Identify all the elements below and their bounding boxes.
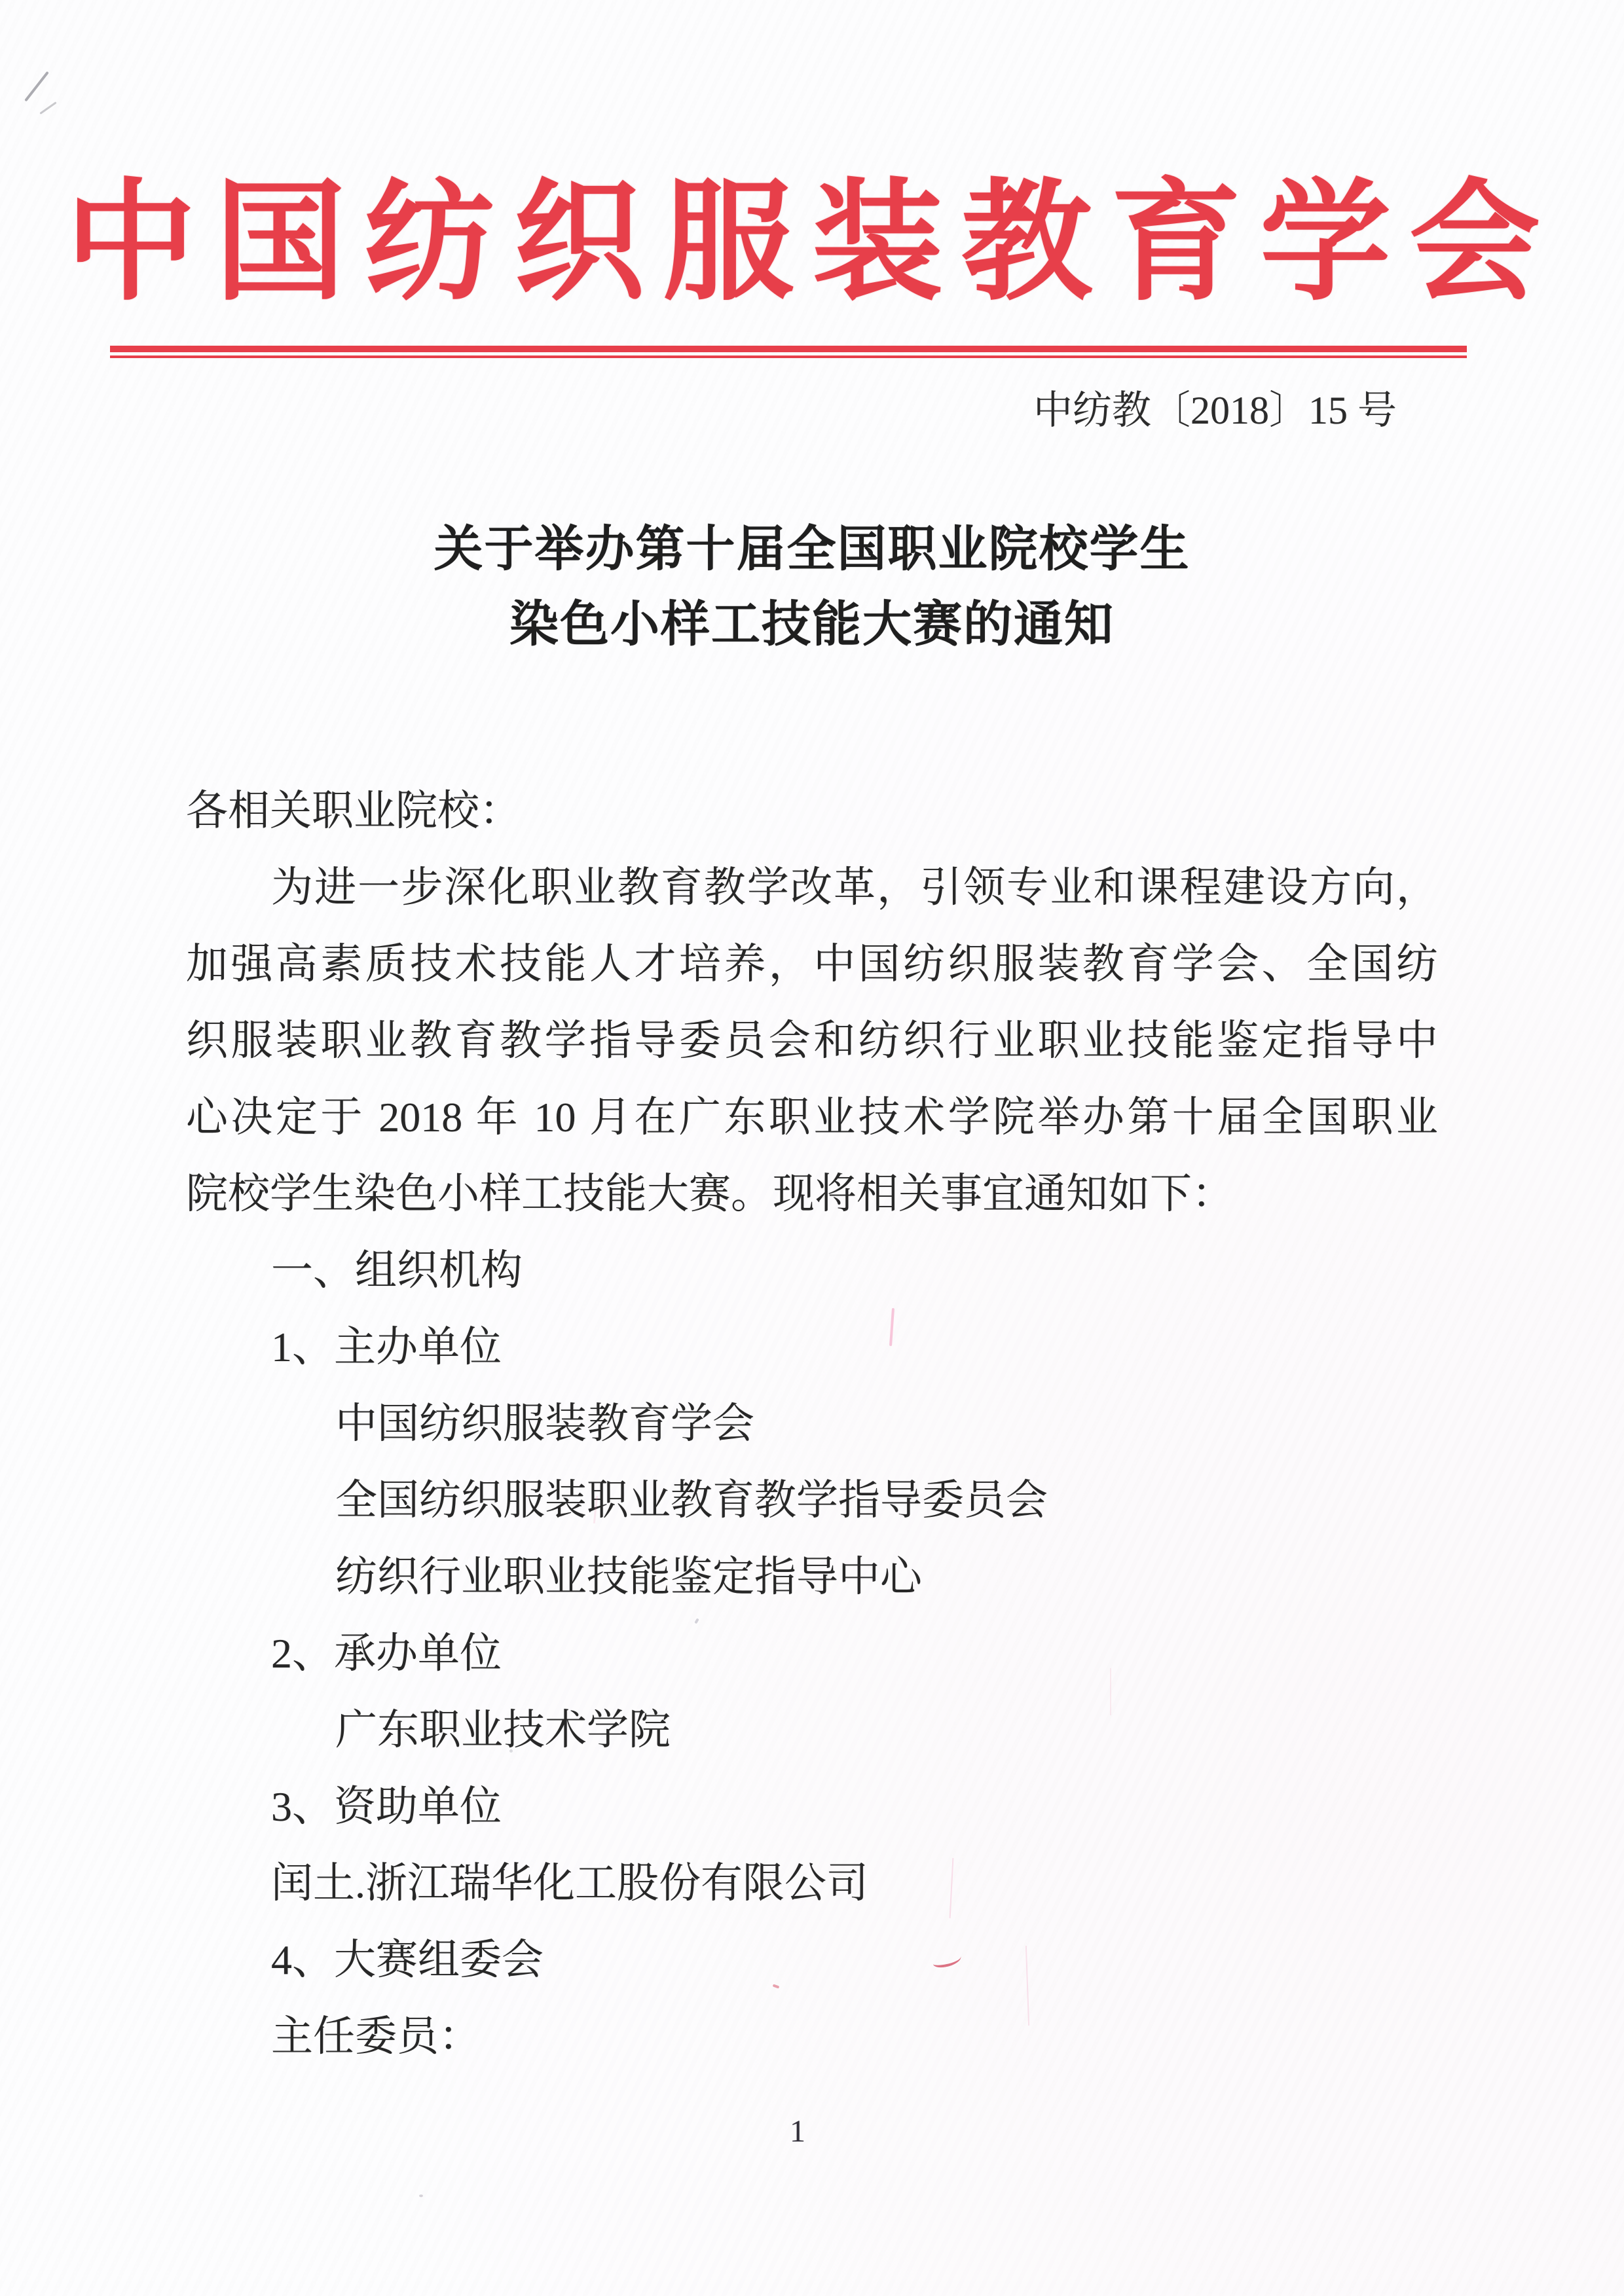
notice-title: 关于举办第十届全国职业院校学生 染色小样工技能大赛的通知 xyxy=(0,512,1624,663)
body-line-host-1: 中国纺织服装教育学会 xyxy=(186,1385,1438,1462)
body-line-item-1: 1、主办单位 xyxy=(186,1309,1438,1385)
body-line-item-4: 4、大赛组委会 xyxy=(186,1922,1438,1998)
doc-number: 中纺教〔2018〕15 号 xyxy=(1033,388,1397,433)
letterhead-rule-thin xyxy=(110,355,1467,358)
body-line-item-2: 2、承办单位 xyxy=(186,1615,1438,1692)
document-page: 中国纺织服装教育学会 中纺教〔2018〕15 号 关于举办第十届全国职业院校学生… xyxy=(0,0,1624,2296)
document-body: 各相关职业院校： 为进一步深化职业教育教学改革，引领专业和课程建设方向， 加强高… xyxy=(186,773,1438,2075)
notice-title-line-1: 关于举办第十届全国职业院校学生 xyxy=(0,512,1624,587)
body-line-paragraph-2: 加强高素质技术技能人才培养，中国纺织服装教育学会、全国纺 xyxy=(186,926,1438,1002)
body-line-sponsor: 闰土.浙江瑞华化工股份有限公司 xyxy=(186,1845,1438,1922)
letterhead-org-title: 中国纺织服装教育学会 xyxy=(0,169,1624,319)
body-line-organizer: 广东职业技术学院 xyxy=(186,1692,1438,1768)
body-line-host-2: 全国纺织服装职业教育教学指导委员会 xyxy=(186,1462,1438,1539)
body-line-paragraph-4: 心决定于 2018 年 10 月在广东职业技术学院举办第十届全国职业 xyxy=(186,1079,1438,1156)
body-line-paragraph-5: 院校学生染色小样工技能大赛。现将相关事宜通知如下： xyxy=(186,1156,1438,1232)
body-line-paragraph-1: 为进一步深化职业教育教学改革，引领专业和课程建设方向， xyxy=(186,849,1438,926)
letterhead-rule-thick xyxy=(110,346,1467,352)
pen-mark-artifact xyxy=(24,71,49,102)
body-line-host-3: 纺织行业职业技能鉴定指导中心 xyxy=(186,1539,1438,1615)
body-line-section-1: 一、组织机构 xyxy=(186,1232,1438,1309)
body-line-salutation: 各相关职业院校： xyxy=(186,773,1438,849)
notice-title-line-2: 染色小样工技能大赛的通知 xyxy=(0,587,1624,663)
pen-mark-artifact xyxy=(39,101,56,115)
page-number: 1 xyxy=(0,2113,1610,2149)
body-line-chair-label: 主任委员： xyxy=(186,1998,1438,2075)
body-line-paragraph-3: 织服装职业教育教学指导委员会和纺织行业职业技能鉴定指导中 xyxy=(186,1002,1438,1079)
body-line-item-3: 3、资助单位 xyxy=(186,1768,1438,1845)
dust-speck-artifact xyxy=(419,2195,423,2197)
